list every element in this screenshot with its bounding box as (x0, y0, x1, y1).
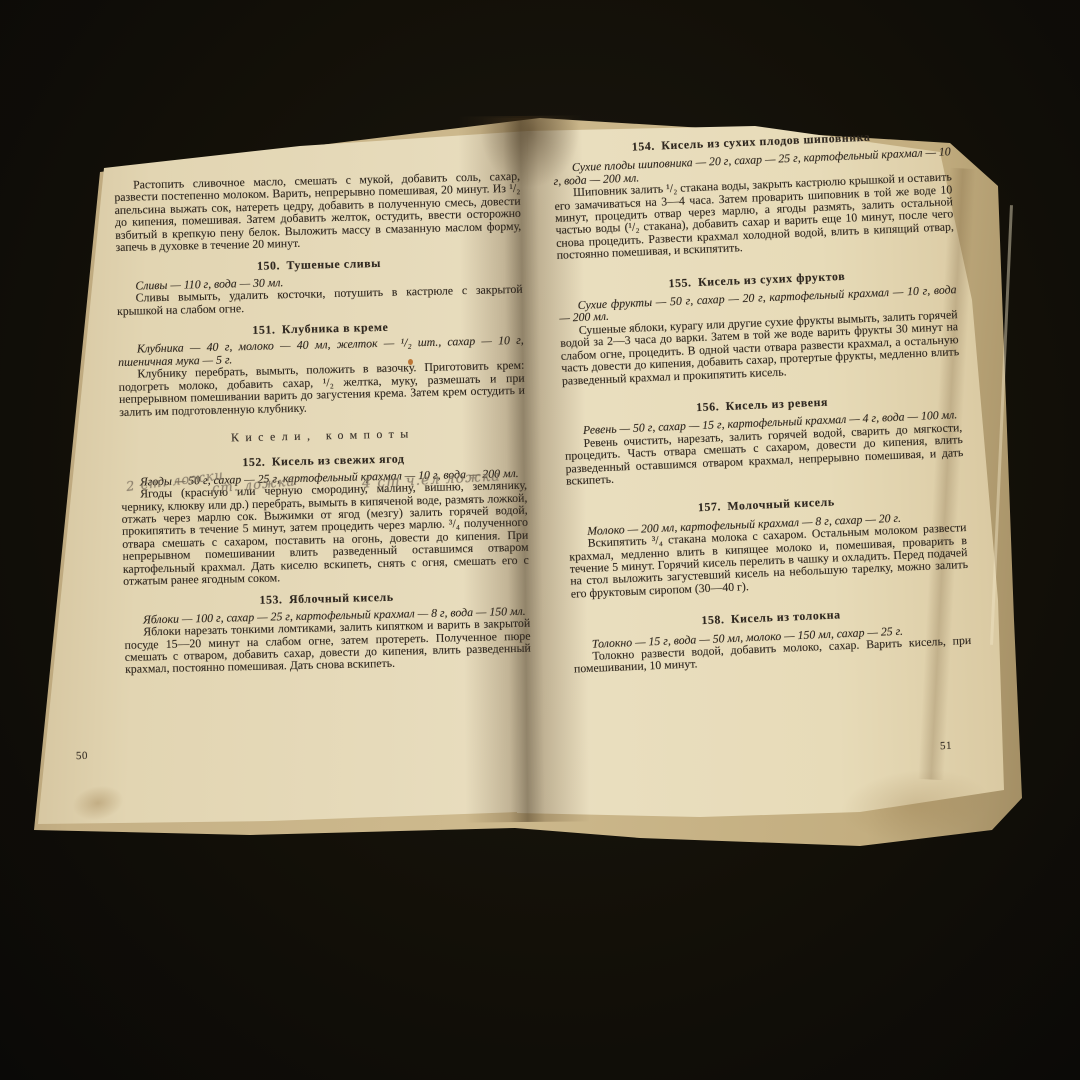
recipe-paragraph: Яблоки нарезать тонкими ломтиками, залит… (124, 617, 531, 676)
recipe-paragraph: Шиповник залить ¹/₂ стакана воды, закрыт… (554, 171, 955, 262)
section-group-title: Кисели, компоты (120, 425, 526, 447)
recipe-paragraph: Ягоды (красную или черную смородину, мал… (121, 479, 529, 587)
continuation-paragraph: Растопить сливочное масло, смешать с мук… (114, 170, 522, 254)
right-page-text-column: 154. Кисель из сухих плодов шиповникаСух… (552, 127, 972, 675)
left-page-number: 50 (76, 750, 88, 762)
left-page-text-column: Растопить сливочное масло, смешать с мук… (114, 170, 531, 676)
dark-tabletop-background: Растопить сливочное масло, смешать с мук… (0, 0, 1080, 1080)
right-page-number: 51 (940, 740, 952, 752)
recipe-paragraph: Клубнику перебрать, вымыть, положить в в… (118, 359, 525, 418)
